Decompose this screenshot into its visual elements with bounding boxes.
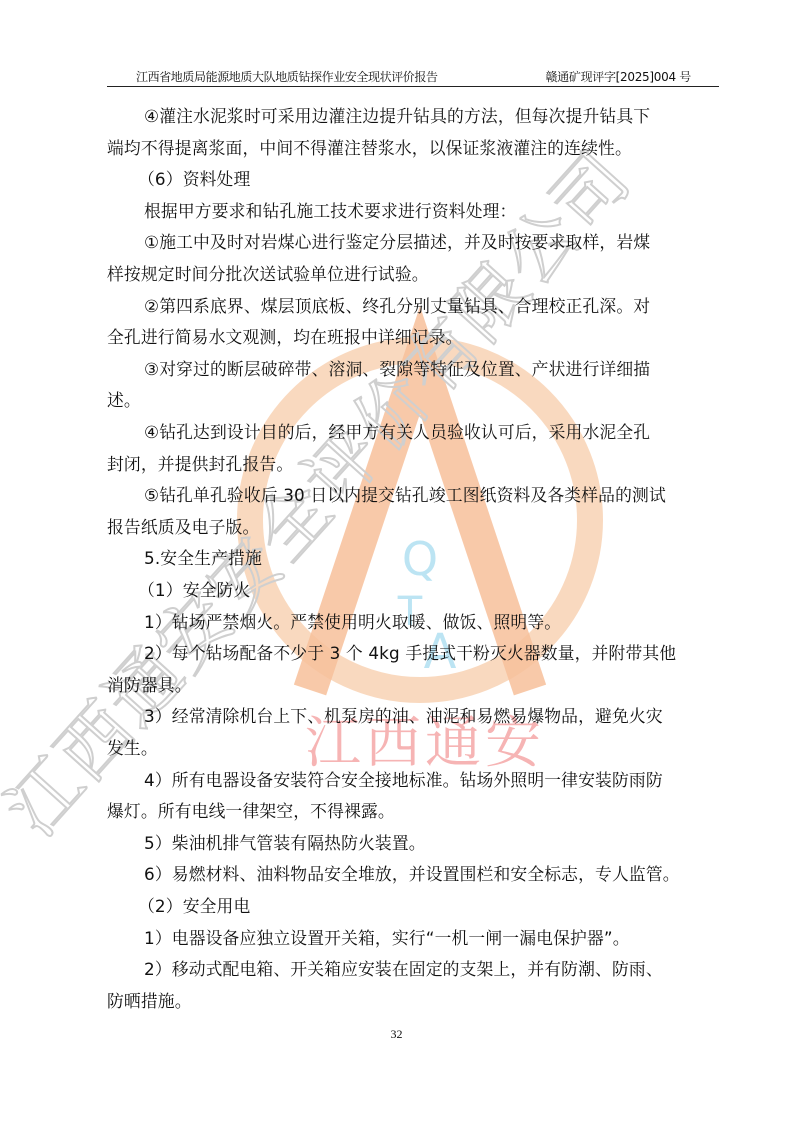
text-line: 2）每个钻场配备不少于 3 个 4kg 手提式干粉灭火器数量，并附带其他 — [144, 638, 676, 668]
header-document-number: 赣通矿现评字[2025]004 号 — [545, 68, 691, 85]
text-line: 6）易燃材料、油料物品安全堆放，并设置围栏和安全标志，专人监管。 — [144, 859, 680, 889]
text-line: 4）所有电器设备安装符合安全接地标准。钻场外照明一律安装防雨防 — [144, 765, 663, 795]
text-line: 防晒措施。 — [107, 986, 192, 1016]
text-line: ④灌注水泥浆时可采用边灌注边提升钻具的方法，但每次提升钻具下 — [144, 101, 650, 131]
text-line: 样按规定时间分批次送试验单位进行试验。 — [107, 259, 429, 289]
text-line: 发生。 — [107, 733, 158, 763]
running-header: 江西省地质局能源地质大队地质钻探作业安全现状评价报告 赣通矿现评字[2025]0… — [107, 66, 719, 86]
document-page: Q T A 江西通安 江西通安安全评价有限公司 江西省地质局能源地质大队地质钻探… — [0, 0, 793, 1122]
text-line: （2）安全用电 — [138, 891, 250, 921]
header-divider — [107, 86, 719, 87]
text-line: 端均不得提离浆面，中间不得灌注替浆水，以保证浆液灌注的连续性。 — [107, 133, 632, 163]
text-line: 爆灯。所有电线一律架空，不得裸露。 — [107, 796, 395, 826]
text-line: 5）柴油机排气管装有隔热防火装置。 — [144, 828, 426, 858]
text-line: ②第四系底界、煤层顶底板、终孔分别丈量钻具、合理校正孔深。对 — [144, 291, 650, 321]
text-line: 3）经常清除机台上下、机泵房的油、油泥和易燃易爆物品，避免火灾 — [144, 701, 663, 731]
page-number: 32 — [0, 1027, 793, 1042]
text-line: 5.安全生产措施 — [144, 543, 262, 573]
text-line: 2）移动式配电箱、开关箱应安装在固定的支架上，并有防潮、防雨、 — [144, 954, 663, 984]
text-line: 述。 — [107, 385, 141, 415]
text-line: （6）资料处理 — [138, 164, 250, 194]
text-line: 1）电器设备应独立设置开关箱，实行“一机一闸一漏电保护器”。 — [144, 923, 630, 953]
text-line: 全孔进行简易水文观测，均在班报中详细记录。 — [107, 322, 463, 352]
text-line: 1）钻场严禁烟火。严禁使用明火取暖、做饭、照明等。 — [144, 607, 561, 637]
text-line: ④钻孔达到设计目的后，经甲方有关人员验收认可后，采用水泥全孔 — [144, 417, 650, 447]
text-line: （1）安全防火 — [138, 575, 250, 605]
text-line: ①施工中及时对岩煤心进行鉴定分层描述，并及时按要求取样，岩煤 — [144, 227, 650, 257]
text-line: 封闭，并提供封孔报告。 — [107, 449, 293, 479]
header-report-title: 江西省地质局能源地质大队地质钻探作业安全现状评价报告 — [136, 68, 438, 85]
svg-text:Q: Q — [402, 532, 438, 586]
text-line: ⑤钻孔单孔验收后 30 日以内提交钻孔竣工图纸资料及各类样品的测试 — [144, 480, 666, 510]
text-line: 报告纸质及电子版。 — [107, 512, 259, 542]
text-line: 根据甲方要求和钻孔施工技术要求进行资料处理： — [144, 196, 517, 226]
text-line: ③对穿过的断层破碎带、溶洞、裂隙等特征及位置、产状进行详细描 — [144, 354, 650, 384]
text-line: 消防器具。 — [107, 670, 192, 700]
